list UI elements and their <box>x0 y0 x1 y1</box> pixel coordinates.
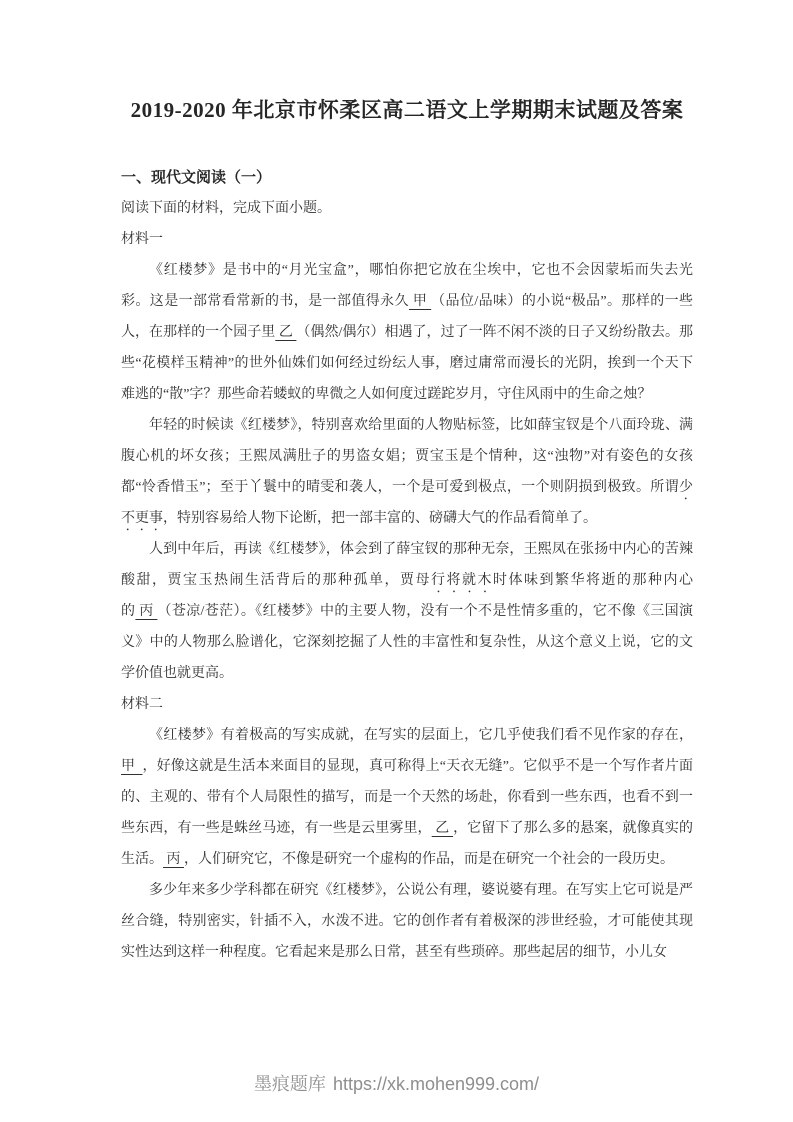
fill-blank-underline: 甲 <box>121 759 142 774</box>
fill-blank-underline: 丙 <box>135 604 157 619</box>
document-title: 2019-2020 年北京市怀柔区高二语文上学期期末试题及答案 <box>121 93 693 127</box>
fill-blank-underline: 甲 <box>409 294 431 309</box>
paragraph: 《红楼梦》有着极高的写实成就，在写实的层面上，它几乎使我们看不见作家的存在，甲 … <box>121 720 693 875</box>
page-footer: 墨痕题库https://xk.mohen999.com/ <box>0 1070 793 1096</box>
text-segment: 年轻的时候读《红楼梦》，特别喜欢给里面的人物贴标签，比如薛宝钗是个八面玲珑、满腹… <box>121 418 693 495</box>
footer-url[interactable]: https://xk.mohen999.com/ <box>333 1074 539 1094</box>
paragraph: 人到中年后，再读《红楼梦》，体会到了薛宝钗的那种无奈，王熙凤在张扬中内心的苦辣酸… <box>121 534 693 689</box>
fill-blank-underline: 乙 <box>432 821 453 836</box>
text-segment: ，特别容易给人物下论断，把一部丰富的、磅礴大气的作品看简单了。 <box>163 511 597 526</box>
paragraph: 年轻的时候读《红楼梦》，特别喜欢给里面的人物贴标签，比如薛宝钗是个八面玲珑、满腹… <box>121 410 693 534</box>
text-segment: （苍凉/苍茫）。《红楼梦》中的主要人物，没有一个不是性情多重的，它不像《三国演义… <box>121 604 693 681</box>
material-label: 材料二 <box>121 689 693 720</box>
instruction-text: 阅读下面的材料，完成下面小题。 <box>121 193 693 224</box>
section-heading: 一、现代文阅读（一） <box>121 162 693 193</box>
text-segment: ，人们研究它，不像是研究一个虚构的作品，而是在研究一个社会的一段历史。 <box>184 852 674 867</box>
footer-site-name: 墨痕题库 <box>254 1074 326 1094</box>
text-segment: 多少年来多少学科都在研究《红楼梦》，公说公有理，婆说婆有理。在写实上它可说是严丝… <box>121 883 693 960</box>
materials-container: 材料一《红楼梦》是书中的“月光宝盒”，哪怕你把它放在尘埃中，它也不会因蒙垢而失去… <box>121 224 693 968</box>
document-body: 2019-2020 年北京市怀柔区高二语文上学期期末试题及答案 一、现代文阅读（… <box>121 93 693 968</box>
text-segment: 《红楼梦》有着极高的写实成就，在写实的层面上，它几乎使我们看不见作家的存在， <box>149 728 693 743</box>
material-label: 材料一 <box>121 224 693 255</box>
paragraph: 多少年来多少学科都在研究《红楼梦》，公说公有理，婆说婆有理。在写实上它可说是严丝… <box>121 875 693 968</box>
fill-blank-underline: 乙 <box>275 325 296 340</box>
fill-blank-underline: 丙 <box>163 852 184 867</box>
emphasized-text: 行将就木 <box>431 573 493 588</box>
paragraph: 《红楼梦》是书中的“月光宝盒”，哪怕你把它放在尘埃中，它也不会因蒙垢而失去光彩。… <box>121 255 693 410</box>
